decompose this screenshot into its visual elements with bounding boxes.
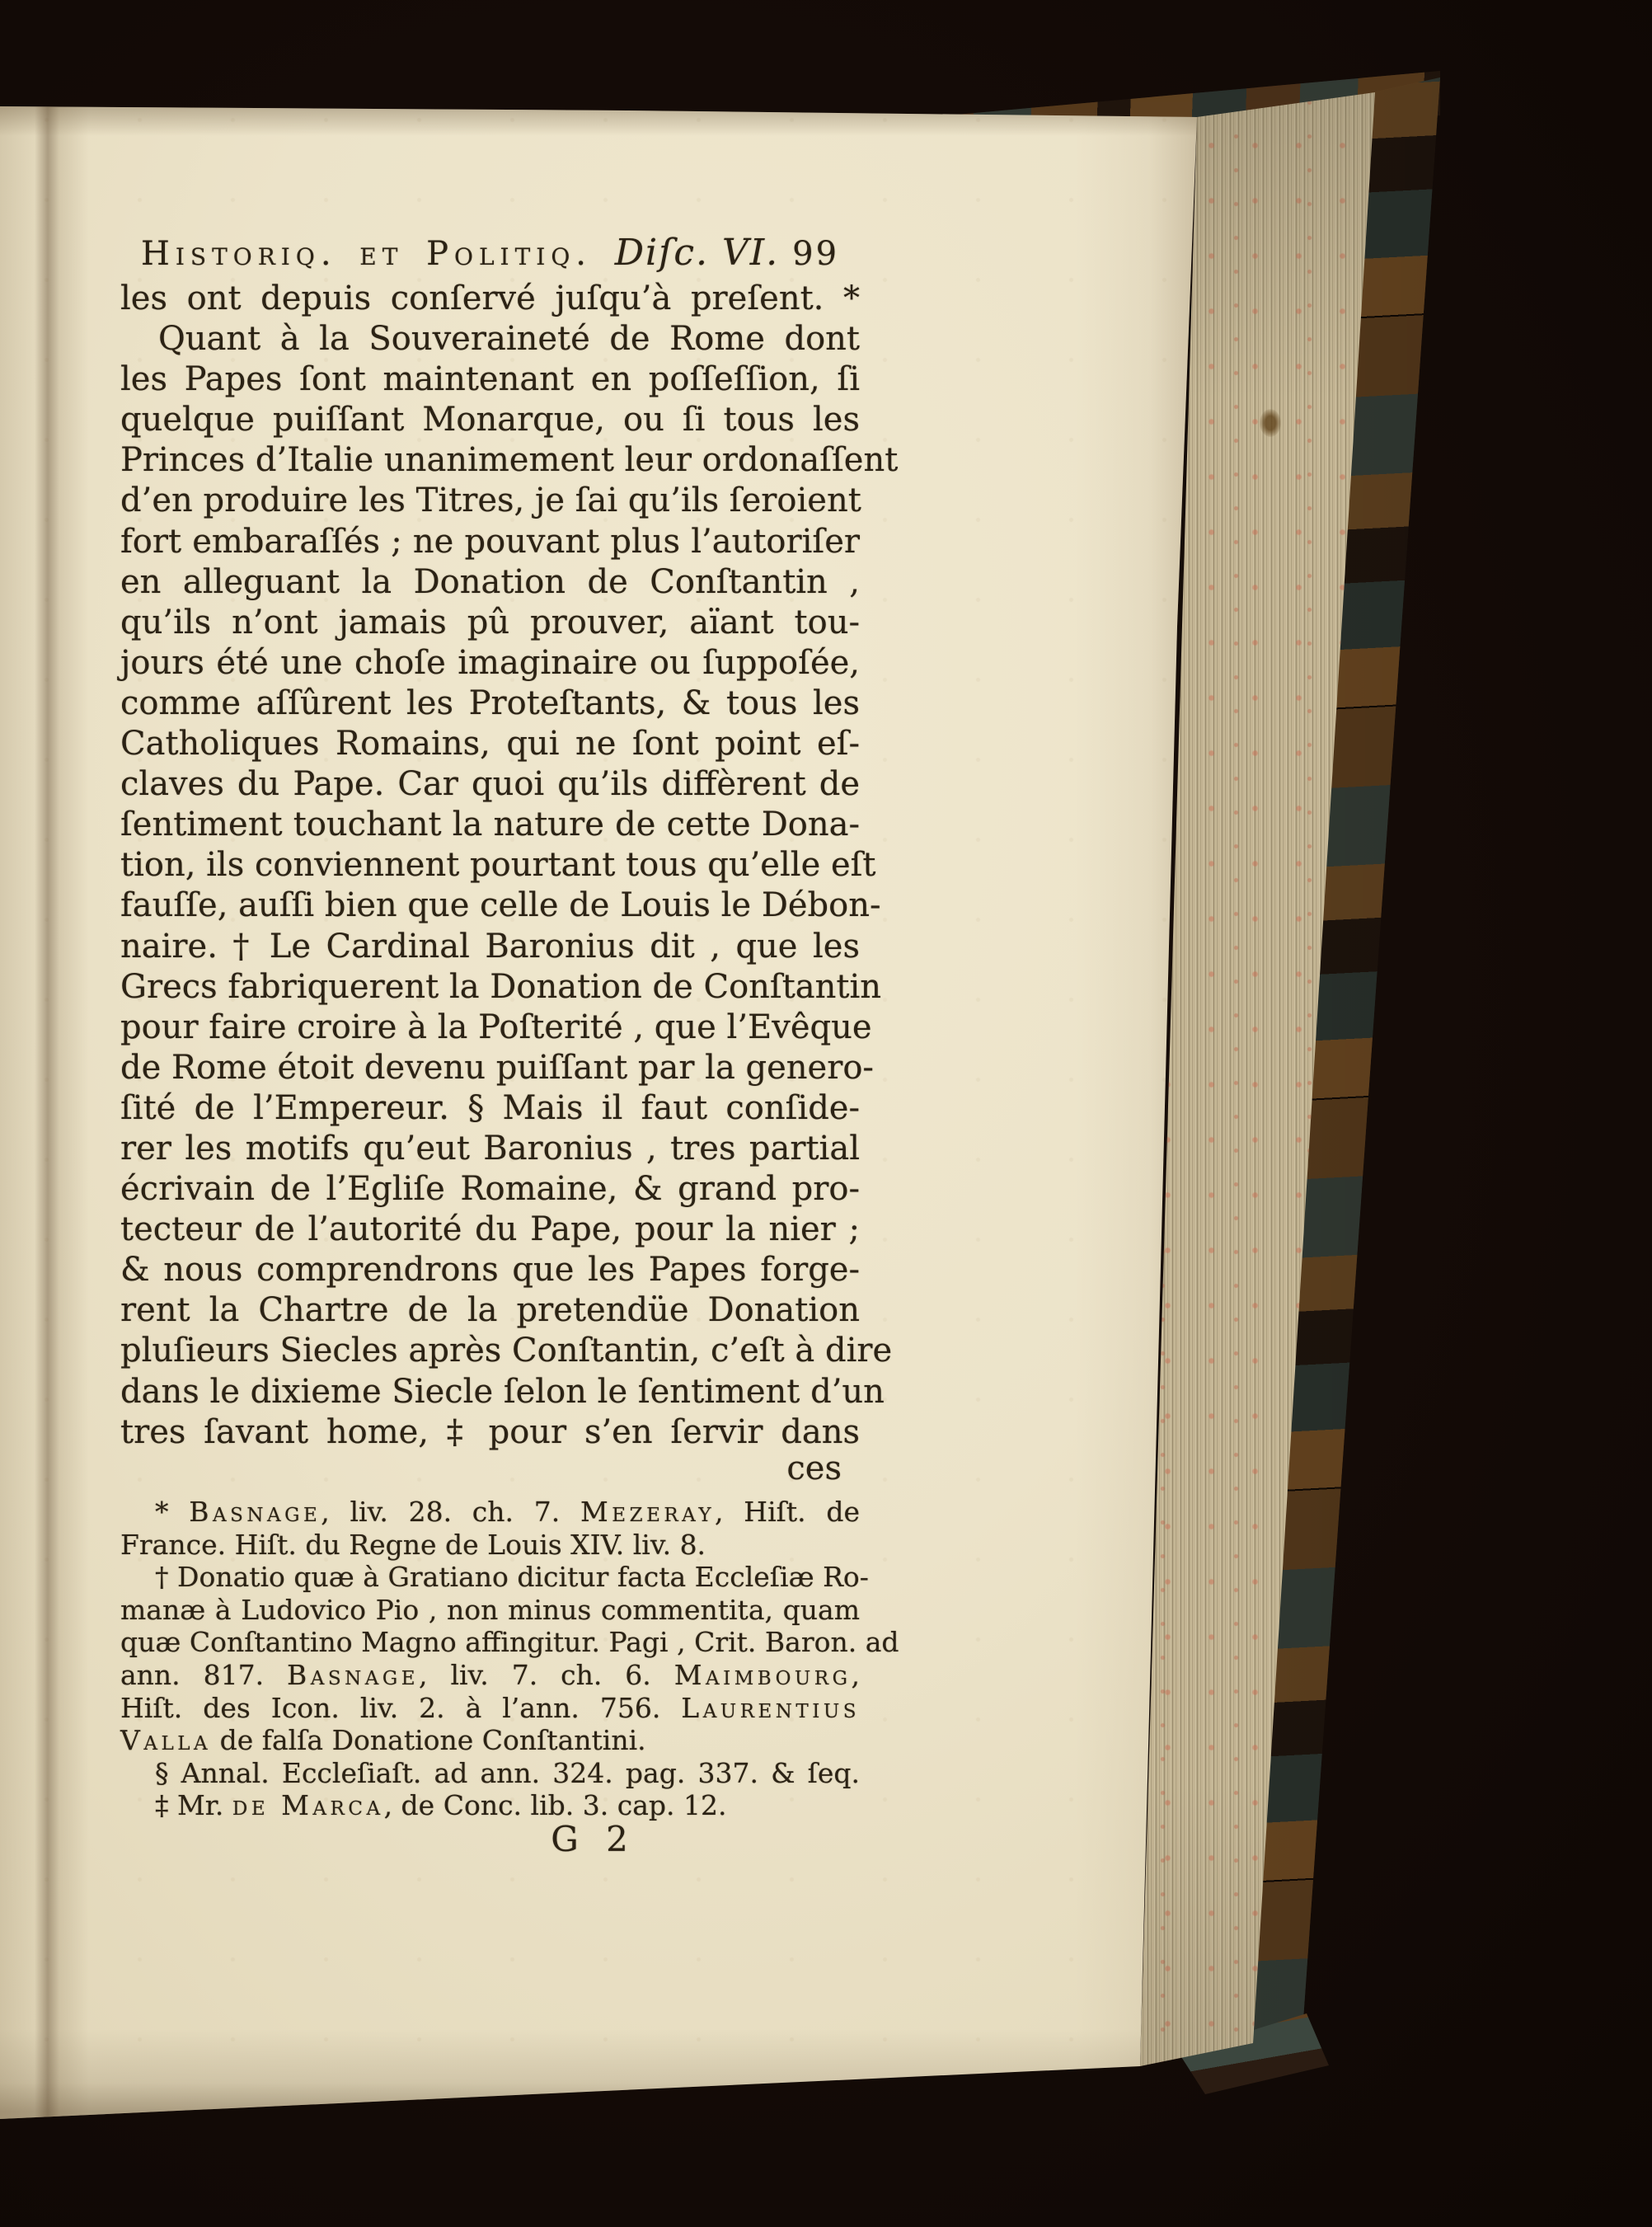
body-text-line: Grecs fabriquerent la Donation de Conſta… [120,967,860,1008]
text-segment: ann. 817. [120,1659,287,1691]
footnote-line: France. Hiſt. du Regne de Louis XIV. liv… [120,1529,860,1562]
book-photo: Historiq. et Politiq. Diſc. VI. 99 les o… [0,0,1652,2227]
body-text-line: en alleguant la Donation de Conſtantin , [120,562,860,603]
body-text-line: rer les motifs qu’eut Baronius , tres pa… [120,1129,860,1169]
body-text-line: d’en produire les Titres, je ſai qu’ils … [120,481,860,521]
body-text-line: naire. † Le Cardinal Baronius dit , que … [120,927,860,967]
body-text-line: pour faire croire à la Poſterité , que l… [120,1008,860,1048]
footnote-line: Hiſt. des Icon. liv. 2. à l’ann. 756. La… [120,1692,860,1725]
body-text-line: jours été une choſe imaginaire ou ſuppoſ… [120,643,860,684]
text-segment: 99 [792,235,839,273]
text-segment: , liv. 7. ch. 6. [419,1659,674,1691]
text-segment: Laurentius [681,1692,860,1724]
footnote-line: quæ Conſtantino Magno affingitur. Pagi ,… [120,1626,860,1659]
body-text-line: quelque puiſſant Monarque, ou ſi tous le… [120,400,860,440]
body-text-line: tecteur de l’autorité du Pape, pour la n… [120,1210,860,1250]
body-text-line: fauſſe, auſſi bien que celle de Louis le… [120,886,860,926]
catchword: ces [120,1449,860,1489]
text-segment: Maimbourg [674,1659,852,1691]
text-segment: Basnage [287,1659,419,1691]
text-segment: Mezeray [580,1496,715,1528]
body-text-line: dans le dixieme Siecle ſelon le ſentimen… [120,1372,860,1412]
body-text-line: ſentiment touchant la nature de cette Do… [120,805,860,845]
body-text-line: Quant à la Souveraineté de Rome dont [120,319,860,359]
text-segment: Diſc. VI. [615,232,792,274]
text-segment: † Donatio quæ à Gratiano dicitur facta E… [155,1561,869,1593]
body-text: les ont depuis conſervé juſqu’à preſent.… [120,279,860,1453]
text-segment: Hiſt. des Icon. liv. 2. à l’ann. 756. [120,1692,681,1724]
text-segment: Valla [120,1724,211,1756]
text-segment: Basnage [189,1496,321,1528]
body-text-line: tion, ils conviennent pourtant tous qu’e… [120,845,860,886]
body-text-line: rent la Chartre de la pretendüe Donation [120,1290,860,1331]
footnote-line: ‡ Mr. de Marca, de Conc. lib. 3. cap. 12… [120,1789,860,1822]
text-segment: , de Conc. lib. 3. cap. 12. [384,1789,727,1821]
running-head: Historiq. et Politiq. Diſc. VI. 99 [120,232,860,275]
body-text-line: pluſieurs Siecles après Conſtantin, c’eſ… [120,1331,860,1371]
text-segment: manæ à Ludovico Pio , non minus commenti… [120,1594,860,1626]
footnote-line: * Basnage, liv. 28. ch. 7. Mezeray, Hiſt… [120,1496,860,1529]
signature-mark: G 2 [462,1821,725,1858]
footnote-line: manæ à Ludovico Pio , non minus commenti… [120,1594,860,1627]
footnote-line: § Annal. Eccleſiaſt. ad ann. 324. pag. 3… [120,1757,860,1790]
body-text-line: les ont depuis conſervé juſqu’à preſent.… [120,279,860,319]
text-segment: , Hiſt. de [715,1496,860,1528]
body-text-line: Catholiques Romains, qui ne ſont point e… [120,724,860,764]
body-text-line: qu’ils n’ont jamais pû prouver, aïant to… [120,603,860,643]
body-text-line: ſité de l’Empereur. § Mais il faut conſi… [120,1088,860,1129]
body-text-line: comme aſſûrent les Proteſtants, & tous l… [120,684,860,724]
text-segment: quæ Conſtantino Magno affingitur. Pagi ,… [120,1626,899,1658]
body-text-line: Princes d’Italie unanimement leur ordona… [120,440,860,481]
text-segment: Historiq. et Politiq. [141,235,615,273]
text-segment: * [155,1496,189,1528]
text-segment: France. Hiſt. du Regne de Louis XIV. liv… [120,1529,706,1561]
footnote-line: Valla de falſa Donatione Conſtantini. [120,1724,860,1757]
body-text-line: tres ſavant home, ‡ pour s’en ſervir dan… [120,1412,860,1453]
text-segment: de falſa Donatione Conſtantini. [211,1724,646,1756]
text-segment: de Marca [232,1789,384,1821]
text-segment: , liv. 28. ch. 7. [321,1496,580,1528]
fore-edge-blemish [1260,409,1281,437]
body-text-line: écrivain de l’Egliſe Romaine, & grand pr… [120,1169,860,1210]
footnotes: * Basnage, liv. 28. ch. 7. Mezeray, Hiſt… [120,1496,860,1822]
body-text-line: fort embaraſſés ; ne pouvant plus l’auto… [120,522,860,562]
text-segment: § Annal. Eccleſiaſt. ad ann. 324. pag. 3… [155,1757,860,1789]
body-text-line: & nous comprendrons que les Papes forge- [120,1250,860,1290]
footnote-line: ann. 817. Basnage, liv. 7. ch. 6. Maimbo… [120,1659,860,1692]
text-segment: ‡ Mr. [155,1789,232,1821]
gutter-shadow [0,99,107,2127]
body-text-line: claves du Pape. Car quoi qu’ils diffèren… [120,764,860,805]
body-text-line: les Papes ſont maintenant en poſſeſſion,… [120,359,860,400]
footnote-line: † Donatio quæ à Gratiano dicitur facta E… [120,1561,860,1594]
body-text-line: de Rome étoit devenu puiſſant par la gen… [120,1048,860,1088]
text-segment: , [852,1659,861,1691]
